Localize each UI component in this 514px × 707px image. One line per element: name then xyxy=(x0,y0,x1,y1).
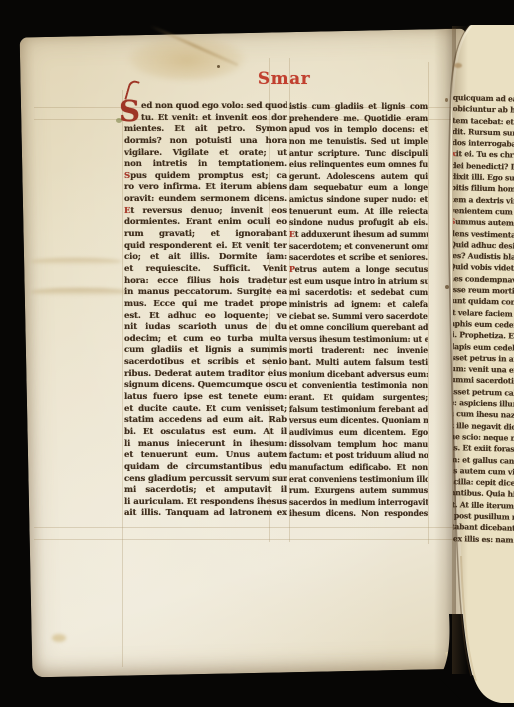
manuscript-photo: Smar S ed non quod ego volo: sed quodtu.… xyxy=(0,0,514,707)
facing-text-line: re ex illis es: nam et galileus xyxy=(453,532,514,545)
facing-page-text-block: quicquam ad ea que tibiobiciuntur ab hii… xyxy=(453,92,514,545)
facing-page-text: quicquam ad ea que tibiobiciuntur ab hii… xyxy=(453,92,514,545)
facing-page-edge xyxy=(0,0,514,707)
stain-speck xyxy=(445,285,449,289)
stain-speck xyxy=(454,63,462,68)
